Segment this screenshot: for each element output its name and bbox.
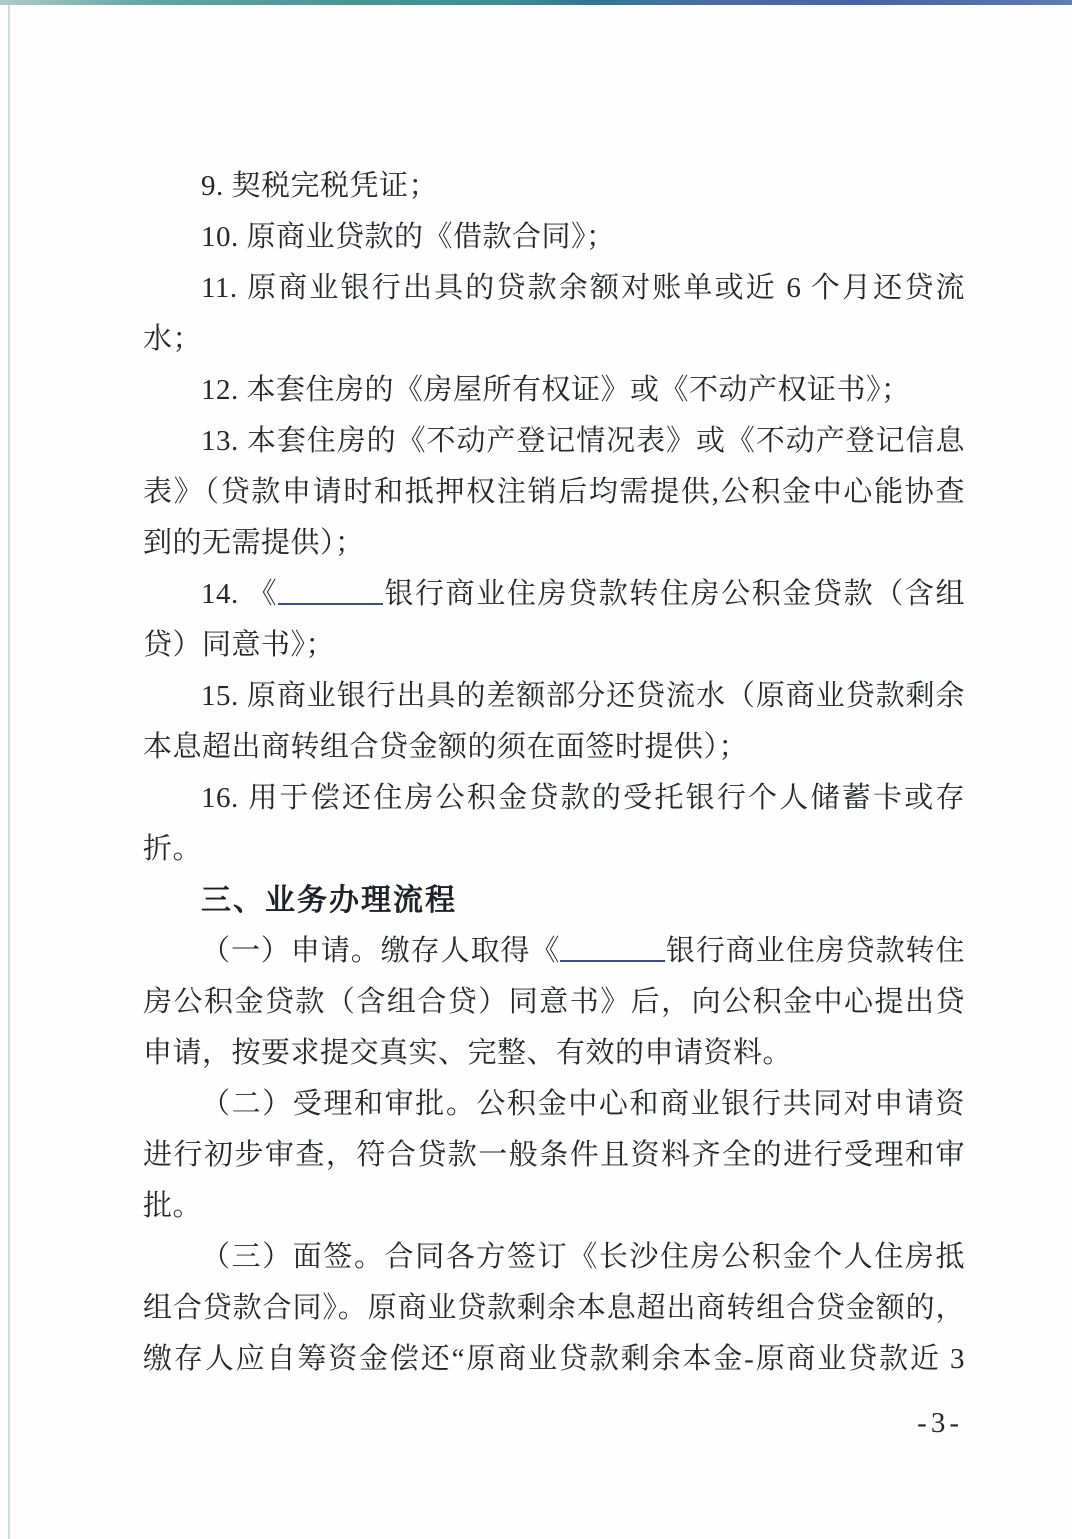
document-line: 组合贷款合同》。原商业贷款剩余本息超出商转组合贷金额的， [143, 1283, 965, 1334]
text-run: 15. 原商业银行出具的差额部分还贷流水（原商业贷款剩余 [201, 680, 965, 712]
text-run: 14. 《 [201, 578, 278, 610]
document-line: 11. 原商业银行出具的贷款余额对账单或近 6 个月还贷流 [143, 263, 965, 314]
document-line: 14. 《银行商业住房贷款转住房公积金贷款（含组合 [143, 569, 965, 620]
document-line: 15. 原商业银行出具的差额部分还贷流水（原商业贷款剩余 [143, 671, 965, 722]
text-run: 12. 本套住房的《房屋所有权证》或《不动产权证书》； [201, 374, 911, 406]
document-line: （二）受理和审批。公积金中心和商业银行共同对申请资料 [143, 1079, 965, 1130]
text-run: 10. 原商业贷款的《借款合同》； [201, 221, 616, 253]
text-run: 申请，按要求提交真实、完整、有效的申请资料。 [143, 1037, 792, 1069]
text-run: 批。 [143, 1190, 202, 1222]
text-run: 16. 用于偿还住房公积金贷款的受托银行个人储蓄卡或存 [201, 782, 965, 814]
text-run: 表》（贷款申请时和抵押权注销后均需提供,公积金中心能协查 [143, 476, 965, 508]
document-body: 9. 契税完税凭证；10. 原商业贷款的《借款合同》；11. 原商业银行出具的贷… [143, 161, 965, 1385]
document-line: 表》（贷款申请时和抵押权注销后均需提供,公积金中心能协查 [143, 467, 965, 518]
text-run: 贷）同意书》； [143, 629, 335, 661]
text-run: （二）受理和审批。公积金中心和商业银行共同对申请资料 [143, 1088, 965, 1130]
text-run: 11. 原商业银行出具的贷款余额对账单或近 6 个月还贷流 [201, 272, 965, 304]
text-run: 三、业务办理流程 [201, 884, 457, 917]
text-run: 组合贷款合同》。原商业贷款剩余本息超出商转组合贷金额的， [143, 1292, 965, 1324]
document-line: 贷）同意书》； [143, 620, 965, 671]
section-heading: 三、业务办理流程 [143, 875, 965, 926]
document-line: 房公积金贷款（含组合贷）同意书》后，向公积金中心提出贷款 [143, 977, 965, 1028]
text-run: 到的无需提供）； [143, 527, 365, 559]
scan-edge-left-artifact [8, 5, 10, 1539]
fill-in-blank-underline [560, 935, 665, 962]
document-line: 进行初步审查，符合贷款一般条件且资料齐全的进行受理和审 [143, 1130, 965, 1181]
document-line: （一）申请。缴存人取得《银行商业住房贷款转住 [143, 926, 965, 977]
text-run: （三）面签。合同各方签订《长沙住房公积金个人住房抵押 [143, 1241, 965, 1283]
scan-edge-top-artifact [0, 0, 1072, 5]
fill-in-blank-underline [278, 578, 383, 605]
text-run: 银行商业住房贷款转住 [665, 935, 965, 967]
document-line: 10. 原商业贷款的《借款合同》； [143, 212, 965, 263]
text-run: 9. 契税完税凭证； [201, 170, 438, 202]
document-line: 本息超出商转组合贷金额的须在面签时提供）； [143, 722, 965, 773]
document-page: 9. 契税完税凭证；10. 原商业贷款的《借款合同》；11. 原商业银行出具的贷… [0, 0, 1072, 1539]
document-line: 13. 本套住房的《不动产登记情况表》或《不动产登记信息 [143, 416, 965, 467]
text-run: 房公积金贷款（含组合贷）同意书》后，向公积金中心提出贷款 [143, 986, 965, 1028]
document-line: 12. 本套住房的《房屋所有权证》或《不动产权证书》； [143, 365, 965, 416]
page-number: -3- [917, 1398, 963, 1449]
document-line: 批。 [143, 1181, 965, 1232]
document-line: 16. 用于偿还住房公积金贷款的受托银行个人储蓄卡或存 [143, 773, 965, 824]
text-run: 13. 本套住房的《不动产登记情况表》或《不动产登记信息 [201, 425, 965, 457]
document-line: 缴存人应自筹资金偿还“原商业贷款剩余本金-原商业贷款近 3 [143, 1334, 965, 1385]
document-line: 到的无需提供）； [143, 518, 965, 569]
document-line: 折。 [143, 824, 965, 875]
text-run: 折。 [143, 833, 202, 865]
text-run: 本息超出商转组合贷金额的须在面签时提供）； [143, 731, 748, 763]
document-line: （三）面签。合同各方签订《长沙住房公积金个人住房抵押 [143, 1232, 965, 1283]
text-run: 缴存人应自筹资金偿还“原商业贷款剩余本金-原商业贷款近 3 [143, 1343, 965, 1375]
text-run: （一）申请。缴存人取得《 [201, 935, 560, 967]
document-line: 申请，按要求提交真实、完整、有效的申请资料。 [143, 1028, 965, 1079]
document-line: 水； [143, 314, 965, 365]
document-line: 9. 契税完税凭证； [143, 161, 965, 212]
text-run: 进行初步审查，符合贷款一般条件且资料齐全的进行受理和审 [143, 1139, 965, 1171]
text-run: 水； [143, 323, 202, 355]
